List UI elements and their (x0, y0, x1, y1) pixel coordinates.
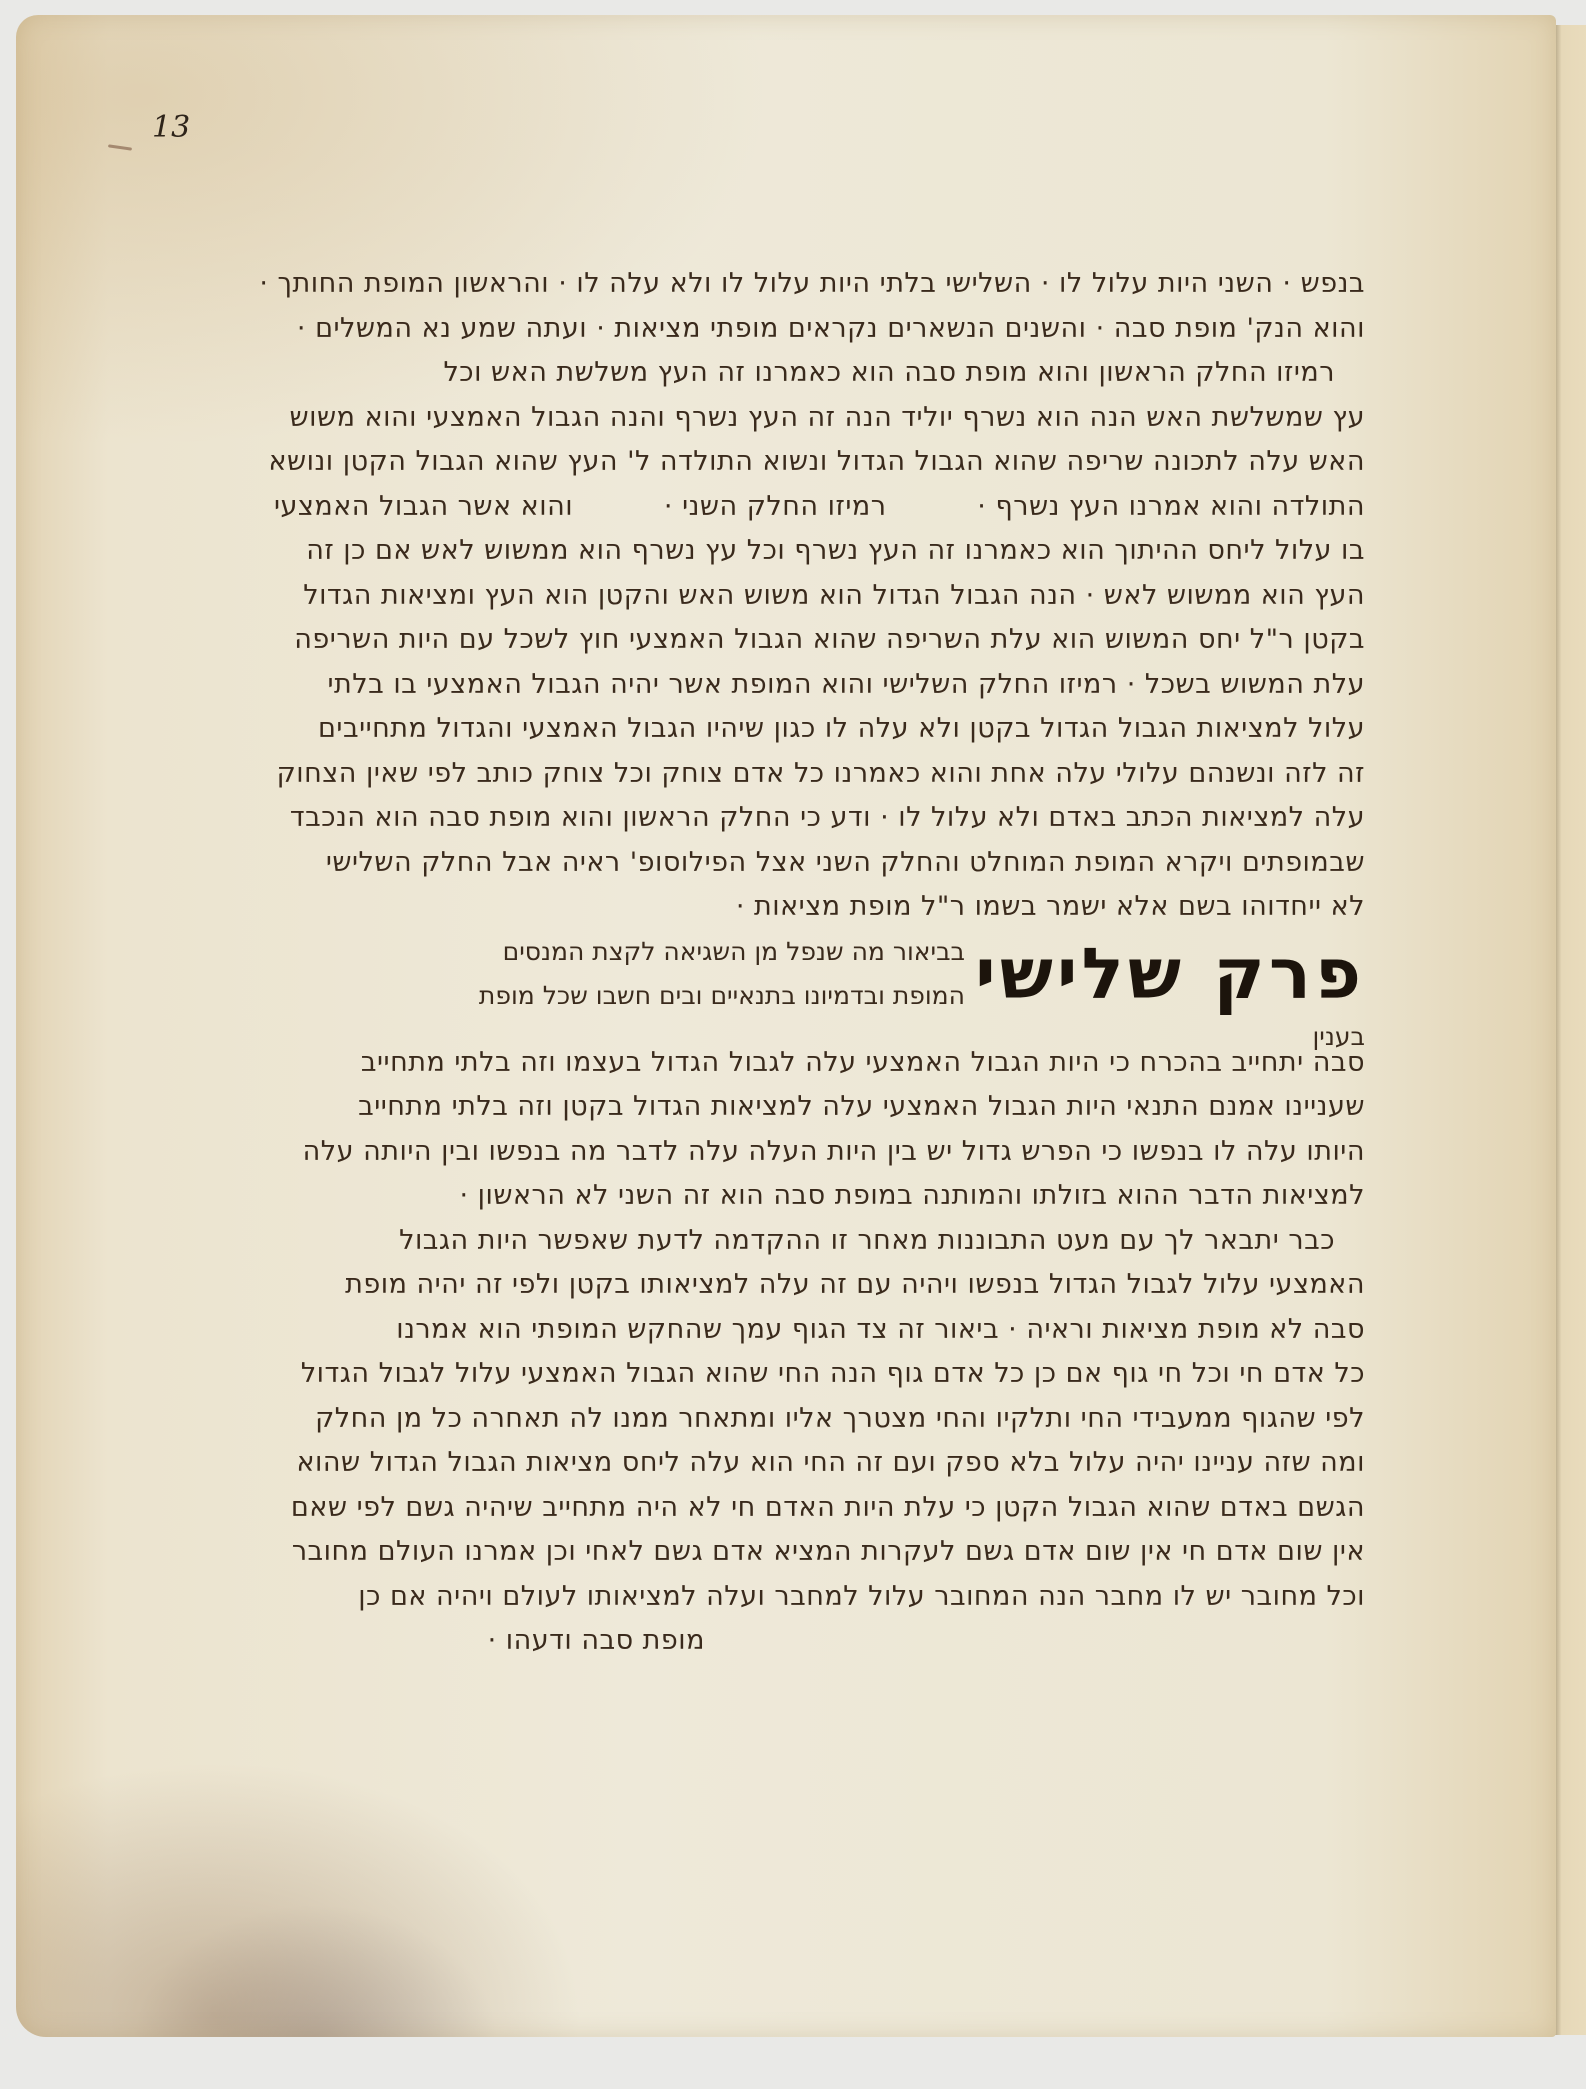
text-line: מופת סבה ודעהו · (170, 1619, 1365, 1664)
adjacent-leaf-edge (1553, 25, 1586, 2035)
text-line: עץ שמשלשת האש הנה הוא נשרף יוליד הנה זה … (170, 396, 1365, 441)
catchword: בענין (1312, 1022, 1365, 1051)
folio-number: 13 (152, 110, 190, 145)
text-line: סבה לא מופת מציאות וראיה · ביאור זה צד ה… (170, 1308, 1365, 1353)
text-line: עלול למציאות הגבול הגדול בקטן ולא עלה לו… (170, 707, 1365, 752)
text-line: רמיזו החלק הראשון והוא מופת סבה הוא כאמר… (170, 351, 1365, 396)
text-line: היותו עלה לו בנפשו כי הפרש גדול יש בין ה… (170, 1130, 1365, 1175)
text-line: כל אדם חי וכל חי גוף אם כן כל אדם גוף הנ… (170, 1352, 1365, 1397)
text-line: האמצעי עלול לגבול הגדול בנפשו ויהיה עם ז… (170, 1263, 1365, 1308)
chapter-heading-row: פרק שלישי בביאור מה שנפל מן השגיאה לקצת … (170, 930, 1365, 1019)
text-line: אין שום אדם חי אין שום אדם גשם לעקרות המ… (170, 1530, 1365, 1575)
text-line: בנפש · השני היות עלול לו · השלישי בלתי ה… (170, 262, 1365, 307)
heading-side-line: בביאור מה שנפל מן השגיאה לקצת המנסים (170, 930, 965, 975)
chapter-body: סבה יתחייב בהכרח כי היות הגבול האמצעי על… (170, 1041, 1365, 1664)
text-line: עלת המשוש בשכל · רמיזו החלק השלישי והוא … (170, 663, 1365, 708)
text-line: ומה שזה עניינו יהיה עלול בלא ספק ועם זה … (170, 1441, 1365, 1486)
text-line: האש עלה לתכונה שריפה שהוא הגבול הגדול ונ… (170, 440, 1365, 485)
text-line: הגשם באדם שהוא הגבול הקטן כי עלת היות הא… (170, 1486, 1365, 1531)
text-line: סבה יתחייב בהכרח כי היות הגבול האמצעי על… (170, 1041, 1365, 1086)
text-line: וכל מחובר יש לו מחבר הנה המחובר עלול למח… (170, 1575, 1365, 1620)
text-line: עלה למציאות הכתב באדם ולא עלול לו · ודע … (170, 796, 1365, 841)
text-line: העץ הוא ממשוש לאש · הנה הגבול הגדול הוא … (170, 574, 1365, 619)
text-line: בקטן ר"ל יחס המשוש הוא עלת השריפה שהוא ה… (170, 618, 1365, 663)
text-line: בו עלול ליחס ההיתוך הוא כאמרנו זה העץ נש… (170, 529, 1365, 574)
text-line: למציאות הדבר ההוא בזולתו והמותנה במופת ס… (170, 1174, 1365, 1219)
heading-side-line: המופת ובדמיונו בתנאיים ובים חשבו שכל מופ… (170, 974, 965, 1019)
text-line: והוא הנק' מופת סבה · והשנים הנשארים נקרא… (170, 307, 1365, 352)
text-line: לא ייחדוהו בשם אלא ישמר בשמו ר"ל מופת מצ… (170, 885, 1365, 930)
heading-side-text: בביאור מה שנפל מן השגיאה לקצת המנסים המו… (170, 930, 965, 1019)
text-line: כבר יתבאר לך עם מעט התבוננות מאחר זו ההק… (170, 1219, 1365, 1264)
text-line: לפי שהגוף ממעבידי החי ותלקיו והחי מצטרך … (170, 1397, 1365, 1442)
text-line: שבמופתים ויקרא המופת המוחלט והחלק השני א… (170, 841, 1365, 886)
chapter-heading: פרק שלישי (975, 934, 1365, 1014)
text-line: זה לזה ונשנהם עלולי עלה אחת והוא כאמרנו … (170, 752, 1365, 797)
text-line: התולדה והוא אמרנו העץ נשרף · רמיזו החלק … (170, 485, 1365, 530)
text-line: שעניינו אמנם התנאי היות הגבול האמצעי עלה… (170, 1085, 1365, 1130)
main-text-block: בנפש · השני היות עלול לו · השלישי בלתי ה… (170, 262, 1365, 1664)
